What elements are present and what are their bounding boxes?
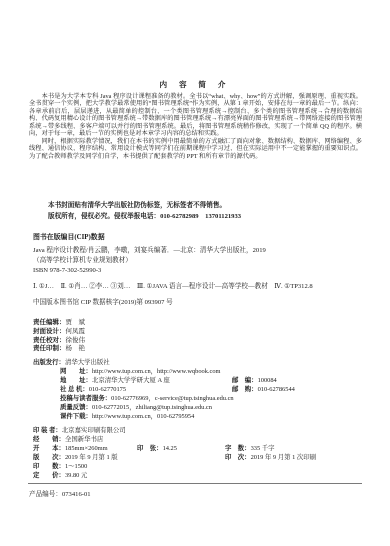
wordcount-cell: 字 数：335 千字 (225, 444, 275, 453)
reader-service-row: 投稿与读者服务：010-62776969，c-service@tup.tsing… (33, 394, 363, 403)
staff-value: 徐俊伟 (66, 337, 86, 344)
format-row: 开 本：185mm×260mm 印 张：14.25 字 数：335 千字 (33, 444, 363, 453)
printer-row: 印 装 者：北京嘉实印刷有限公司 (33, 426, 363, 435)
staff-row-editor: 责任编辑：贾 斌 (33, 319, 85, 328)
publisher-name: 清华大学出版社 (65, 359, 110, 366)
cip-isbn: ISBN 978-7-302-52990-3 (33, 266, 363, 276)
intro-section: 本书是为大学本专科 Java 程序设计课程准备的教材。全书以“what、why、… (29, 93, 362, 160)
cip-header: 图书在版编目(CIP)数据 (33, 231, 105, 241)
edition-row: 版 次：2019 年 9 月第 1 版 印 次：2019 年 9 月第 1 次印… (33, 453, 363, 462)
printing-specs-block: 印 装 者：北京嘉实印刷有限公司 经 销：全国新华书店 开 本：185mm×26… (33, 426, 363, 480)
sheets-label: 印 张： (137, 445, 163, 452)
courseware-download-value: http://www.tup.com.cn，010-62795954 (92, 413, 194, 420)
website-value: http://www.tup.com.cn，http://www.wqbook.… (92, 368, 221, 375)
printer-label: 印 装 者： (33, 427, 62, 434)
quality-feedback-value: 010-62772015，zhiliang@tup.tsinghua.edu.c… (92, 404, 212, 411)
quality-feedback-label: 质量反馈： (60, 404, 92, 411)
mailorder-label: 邮 购： (232, 386, 258, 393)
distributor-label: 经 销： (33, 436, 65, 443)
sheets-value: 14.25 (163, 445, 177, 452)
cip-record-number: 中国版本图书馆 CIP 数据核字(2019)第 093907 号 (33, 298, 363, 308)
staff-label: 责任编辑： (33, 319, 66, 326)
format-label: 开 本： (33, 445, 65, 452)
cip-series-line: （高等学校计算机专业规划教材） (33, 256, 363, 266)
switchboard-value: 010-62770175 (89, 386, 126, 393)
staff-value: 杨 艳 (66, 345, 86, 352)
publisher-address-row: 地 址：北京清华大学学研大厦 A 座 邮 编：100084 (33, 376, 363, 385)
copyright-page: 内 容 简 介 本书是为大学本专科 Java 程序设计课程准备的教材。全书以“w… (0, 0, 390, 546)
staff-label: 责任印制： (33, 345, 66, 352)
impression-value: 2019 年 9 月第 1 次印刷 (251, 454, 317, 461)
postcode-value: 100084 (258, 377, 277, 384)
reader-service-value: 010-62776969，c-service@tup.tsinghua.edu.… (111, 395, 234, 402)
courseware-download-label: 课件下载： (60, 413, 92, 420)
publisher-label: 出版发行： (33, 359, 65, 366)
postcode-cell: 邮 编：100084 (232, 376, 277, 385)
sheets-cell: 印 张：14.25 (137, 444, 177, 453)
anti-piracy-line-2: 版权所有，侵权必究。侵权举报电话：010-62782989 1370112193… (48, 211, 358, 222)
staff-label: 封面设计： (33, 328, 66, 335)
impression-label: 印 次： (225, 454, 251, 461)
product-number: 产品编号：073416-01 (29, 488, 91, 498)
print-run-value: 1～1500 (65, 463, 87, 470)
publisher-block: 出版发行：清华大学出版社 网 址：http://www.tup.com.cn，h… (33, 358, 363, 421)
website-label: 网 址： (60, 368, 92, 375)
format-value: 185mm×260mm (65, 445, 108, 452)
print-run-row: 印 数：1～1500 (33, 462, 363, 471)
distributor-value: 全国新华书店 (65, 436, 103, 443)
intro-paragraph-1: 本书是为大学本专科 Java 程序设计课程准备的教材。全书以“what、why、… (29, 93, 362, 138)
intro-title: 内 容 简 介 (0, 79, 390, 90)
cip-classification: Ⅰ. ①J… Ⅱ. ①肖… ②李… ③刘… Ⅲ. ①JAVA 语言—程序设计—高… (33, 282, 363, 292)
impression-cell: 印 次：2019 年 9 月第 1 次印刷 (225, 453, 316, 462)
staff-value: 贾 斌 (66, 319, 86, 326)
wordcount-value: 335 千字 (251, 445, 275, 452)
wordcount-label: 字 数： (225, 445, 251, 452)
quality-feedback-row: 质量反馈：010-62772015，zhiliang@tup.tsinghua.… (33, 403, 363, 412)
price-row: 定 价：39.80 元 (33, 471, 363, 480)
publisher-website-row: 网 址：http://www.tup.com.cn，http://www.wqb… (33, 367, 363, 376)
address-value: 北京清华大学学研大厦 A 座 (92, 377, 170, 384)
address-label: 地 址： (60, 377, 92, 384)
edition-label: 版 次： (33, 454, 65, 461)
staff-value: 何凤霞 (66, 328, 86, 335)
postcode-label: 邮 编： (232, 377, 258, 384)
distributor-row: 经 销：全国新华书店 (33, 435, 363, 444)
mailorder-cell: 邮 购：010-62786544 (232, 385, 295, 394)
footer-divider (28, 483, 362, 484)
anti-piracy-notice: 本书封面贴有清华大学出版社防伪标签，无标签者不得销售。 版权所有，侵权必究。侵权… (48, 200, 358, 222)
staff-label: 责任校对： (33, 337, 66, 344)
intro-paragraph-2: 同时，根据实际教学情况，我们在本书的实例中用最简单的方式融汇了面向对象、数据结构… (29, 138, 362, 160)
edition-value: 2019 年 9 月第 1 版 (65, 454, 118, 461)
switchboard-label: 社 总 机： (60, 386, 89, 393)
staff-row-print-supervisor: 责任印制：杨 艳 (33, 345, 85, 354)
staff-row-cover-design: 封面设计：何凤霞 (33, 328, 85, 337)
staff-credits: 责任编辑：贾 斌 封面设计：何凤霞 责任校对：徐俊伟 责任印制：杨 艳 (33, 319, 85, 354)
publisher-switchboard-row: 社 总 机：010-62770175 邮 购：010-62786544 (33, 385, 363, 394)
print-run-label: 印 数： (33, 463, 65, 470)
cip-body: Java 程序设计教程/肖云鹏，李暾，刘宴兵编著．—北京：清华大学出版社，201… (33, 246, 363, 308)
printer-value: 北京嘉实印刷有限公司 (62, 427, 126, 434)
courseware-download-row: 课件下载：http://www.tup.com.cn，010-62795954 (33, 412, 363, 421)
price-value: 39.80 元 (65, 472, 87, 479)
reader-service-label: 投稿与读者服务： (60, 395, 111, 402)
mailorder-value: 010-62786544 (258, 386, 295, 393)
price-label: 定 价： (33, 472, 65, 479)
cip-title-line: Java 程序设计教程/肖云鹏，李暾，刘宴兵编著．—北京：清华大学出版社，201… (33, 246, 363, 256)
publisher-row: 出版发行：清华大学出版社 (33, 358, 363, 367)
anti-piracy-line-1: 本书封面贴有清华大学出版社防伪标签，无标签者不得销售。 (48, 200, 358, 211)
